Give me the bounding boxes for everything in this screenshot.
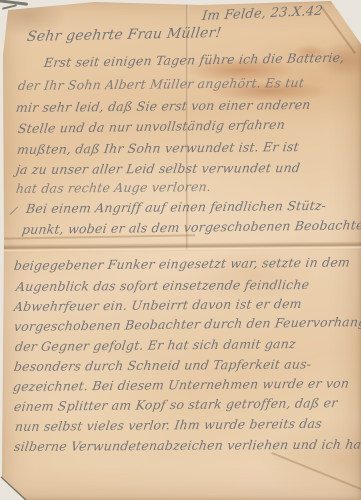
photo-of-letter: Im Felde, 23.X.42 Sehr geehrte Frau Müll…: [0, 0, 361, 500]
handwritten-line: vorgeschobenen Beobachter durch den Feue…: [13, 315, 361, 334]
background-pencil-mark: [2, 4, 17, 10]
clipped-corner-crease: [320, 6, 356, 54]
salutation: Sehr geehrte Frau Müller!: [26, 26, 222, 44]
handwritten-line: Erst seit einigen Tagen führe ich die Ba…: [43, 51, 345, 70]
bottom-right-crease: [271, 452, 361, 500]
handwritten-line: ja zu unser aller Leid selbst verwundet …: [15, 161, 301, 177]
handwritten-line: nun selbst vieles verlor. Ihm wurde bere…: [14, 417, 323, 434]
handwritten-line: der Ihr Sohn Albert Müller angehört. Es …: [17, 76, 305, 93]
handwritten-line: mir sehr leid, daß Sie erst von einer an…: [15, 98, 311, 115]
margin-tick-mark: /: [10, 203, 18, 218]
handwritten-line: mußten, daß Ihr Sohn verwundet ist. Er i…: [16, 140, 300, 157]
handwritten-line: Augenblick das sofort einsetzende feindl…: [15, 278, 310, 294]
letter-paper: Im Felde, 23.X.42 Sehr geehrte Frau Müll…: [0, 0, 361, 500]
dateline: Im Felde, 23.X.42: [201, 5, 323, 24]
handwritten-line: Bei einem Angriff auf einen feindlichen …: [25, 199, 327, 216]
handwritten-line: silberne Verwundetenabzeichen verliehen …: [13, 437, 361, 454]
handwritten-line: punkt, wobei er als dem vorgeschobenen B…: [21, 218, 361, 237]
handwritten-line: einem Splitter am Kopf so stark getroffe…: [13, 396, 338, 414]
handwritten-line: beigegebener Funker eingesetzt war, setz…: [13, 255, 351, 273]
handwritten-line: der Gegner gefolgt. Er hat sich damit ga…: [14, 337, 297, 354]
horizontal-fold-crease: [0, 241, 361, 252]
handwritten-line: gezeichnet. Bei diesem Unternehmen wurde…: [12, 376, 350, 394]
handwritten-line: Stelle und da nur unvollständig erfahren: [17, 118, 286, 136]
handwritten-line: Abwehrfeuer ein. Unbeirrt davon ist er d…: [13, 297, 303, 314]
handwritten-line: besonders durch Schneid und Tapferkeit a…: [13, 357, 312, 374]
handwritten-line: hat das rechte Auge verloren.: [15, 180, 212, 196]
